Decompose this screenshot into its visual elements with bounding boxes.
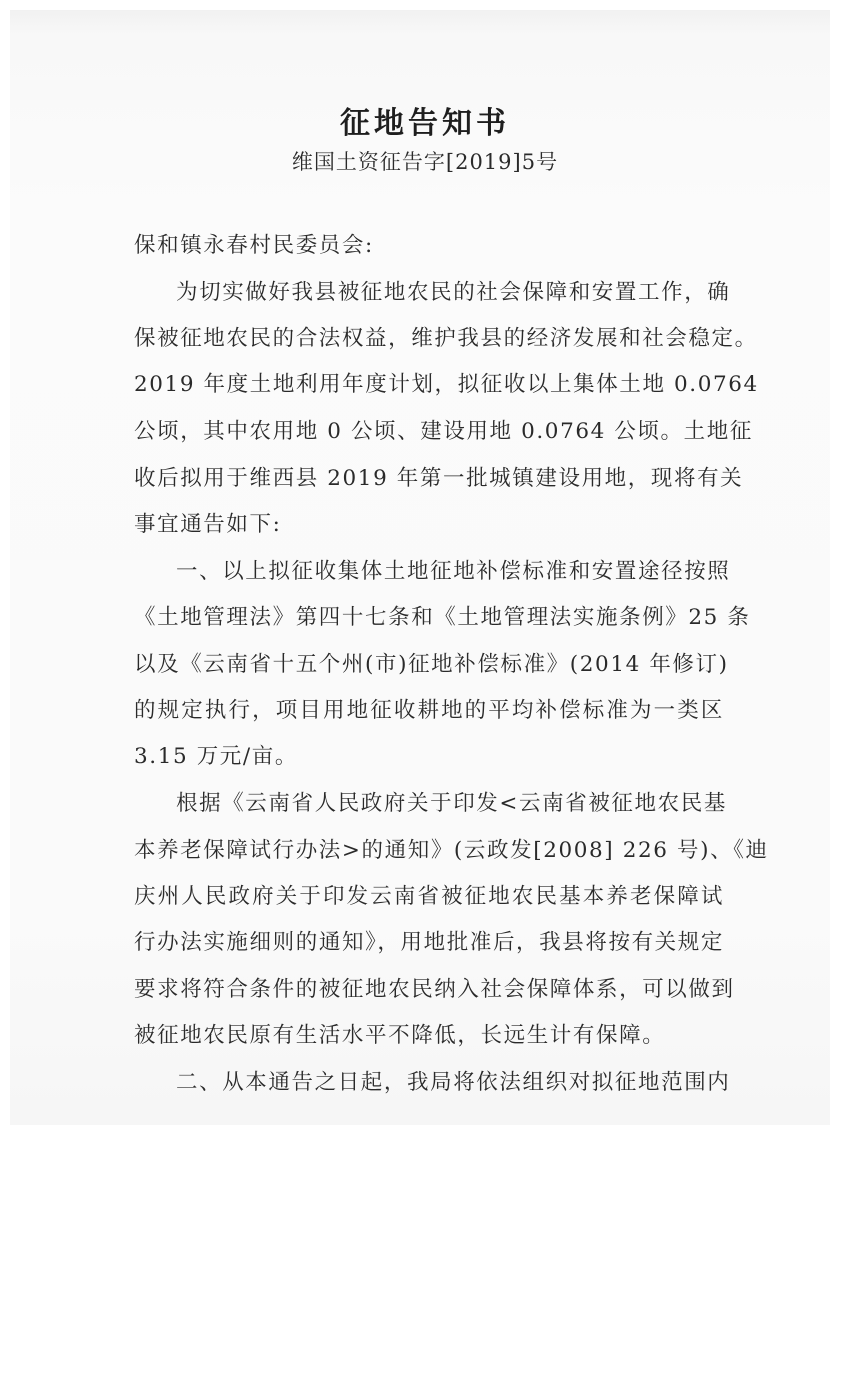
paragraph-line: 本养老保障试行办法>的通知》(云政发[2008] 226 号)、《迪 <box>134 837 724 865</box>
addressee: 保和镇永春村民委员会: <box>134 232 724 260</box>
document-title: 征地告知书 <box>0 98 850 142</box>
paragraph-line: 公顷，其中农用地 0 公顷、建设用地 0.0764 公顷。土地征 <box>134 418 724 446</box>
paragraph-line: 保被征地农民的合法权益，维护我县的经济发展和社会稳定。 <box>134 325 724 353</box>
paragraph-line: 一、以上拟征收集体土地征地补偿标准和安置途径按照 <box>176 558 724 586</box>
paragraph-line: 事宜通告如下: <box>134 511 724 539</box>
paragraph-line: 的规定执行，项目用地征收耕地的平均补偿标准为一类区 <box>134 697 724 725</box>
paragraph-line: 要求将符合条件的被征地农民纳入社会保障体系，可以做到 <box>134 976 724 1004</box>
document-number: 维国土资征告字[2019]5号 <box>0 146 850 176</box>
paragraph-line: 被征地农民原有生活水平不降低，长远生计有保障。 <box>134 1022 724 1050</box>
paragraph-line: 为切实做好我县被征地农民的社会保障和安置工作，确 <box>176 279 724 307</box>
paragraph-line: 3.15 万元/亩。 <box>134 743 724 771</box>
paragraph-line: 《土地管理法》第四十七条和《土地管理法实施条例》25 条 <box>134 604 724 632</box>
paragraph-line: 庆州人民政府关于印发云南省被征地农民基本养老保障试 <box>134 883 724 911</box>
paragraph-line: 收后拟用于维西县 2019 年第一批城镇建设用地，现将有关 <box>134 465 724 493</box>
paragraph-line: 二、从本通告之日起，我局将依法组织对拟征地范围内 <box>176 1069 724 1097</box>
paragraph-line: 以及《云南省十五个州(市)征地补偿标准》(2014 年修订) <box>134 651 724 679</box>
paragraph-line: 行办法实施细则的通知》，用地批准后，我县将按有关规定 <box>134 929 724 957</box>
paragraph-line: 2019 年度土地利用年度计划，拟征收以上集体土地 0.0764 <box>134 371 724 399</box>
paragraph-line: 根据《云南省人民政府关于印发<云南省被征地农民基 <box>176 790 724 818</box>
